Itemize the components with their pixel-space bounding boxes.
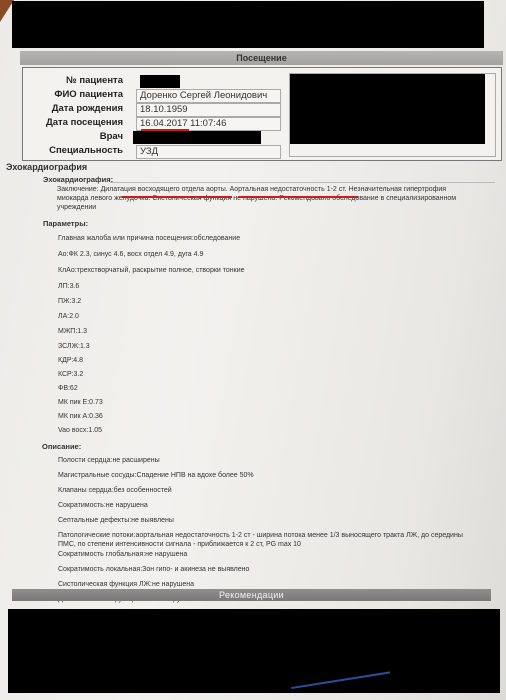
redacted-recommendations xyxy=(8,609,500,693)
description-item: Клапаны сердца:без особенностей xyxy=(58,487,172,494)
visit-info-box: № пациента ФИО пациента Доренко Сергей Л… xyxy=(22,67,502,161)
field-value: 18.10.1959 xyxy=(136,103,281,117)
description-item: Септальные дефекты:не выявлены xyxy=(58,517,174,524)
description-item: Систолическая функция ЛЖ:не нарушена xyxy=(58,581,194,588)
description-label: Описание: xyxy=(42,442,81,451)
parameter-item: ПЖ:3.2 xyxy=(58,298,81,305)
parameter-item: ЛП:3.6 xyxy=(58,283,79,290)
visit-section-header: Посещение xyxy=(20,51,503,65)
parameter-item: Vao восх:1.05 xyxy=(58,427,102,434)
description-item: Патологические потоки:аортальная недоста… xyxy=(58,531,478,549)
field-value: Доренко Сергей Леонидович xyxy=(136,89,281,103)
parameter-item: ФВ:62 xyxy=(58,385,78,392)
recommendations-section-header: Рекомендации xyxy=(12,589,491,601)
photo-box xyxy=(289,73,496,157)
field-label: ФИО пациента xyxy=(13,89,123,100)
red-underline xyxy=(122,196,232,198)
description-item: Полости сердца:не расширены xyxy=(58,457,160,464)
red-underline xyxy=(238,196,358,198)
parameter-item: МЖП:1.3 xyxy=(58,328,87,335)
conclusion: Заключение: Дилатация восходящего отдела… xyxy=(57,185,477,212)
description-item: Сократимость глобальная:не нарушена xyxy=(58,551,187,558)
description-item: Магистральные сосуды:Спадение НПВ на вдо… xyxy=(58,472,254,479)
field-label: Дата рождения xyxy=(13,103,123,114)
conclusion-label: Заключение: xyxy=(57,186,99,193)
subsection-title: Эхокардиография: xyxy=(43,175,113,184)
conclusion-text: Дилатация восходящего отдела аорты. Аорт… xyxy=(57,186,456,211)
document-page: Посещение № пациента ФИО пациента Доренк… xyxy=(0,0,506,700)
redacted-photo xyxy=(290,74,485,144)
section-title: Эхокардиография xyxy=(6,162,87,172)
parameter-item: КДР:4.8 xyxy=(58,357,83,364)
field-label: № пациента xyxy=(13,75,123,86)
parameters-label: Параметры: xyxy=(43,219,88,228)
parameter-item: МК пик Е:0.73 xyxy=(58,399,103,406)
parameter-item: МК пик А:0.36 xyxy=(58,413,103,420)
redacted-header xyxy=(12,1,484,48)
field-value: УЗД xyxy=(136,145,281,159)
field-label: Врач xyxy=(13,131,123,142)
parameter-item: Главная жалоба или причина посещения:обс… xyxy=(58,235,240,242)
parameter-item: Ао:ФК 2.3, синус 4.6, восх отдел 4.9, ду… xyxy=(58,251,203,258)
parameter-item: ЗСЛЖ:1.3 xyxy=(58,343,90,350)
field-label: Дата посещения xyxy=(13,117,123,128)
description-item: Сократимость:не нарушена xyxy=(58,502,148,509)
divider xyxy=(110,182,495,183)
description-item: Сократимость локальная:Зон гипо- и акине… xyxy=(58,566,249,573)
parameter-item: КСР:3.2 xyxy=(58,371,83,378)
parameter-item: ЛА:2.0 xyxy=(58,313,79,320)
parameter-item: КлАо:трехстворчатый, раскрытие полное, с… xyxy=(58,267,245,274)
field-label: Специальность xyxy=(13,145,123,156)
redacted-doctor xyxy=(133,131,261,144)
redacted-patient-number xyxy=(140,75,180,88)
